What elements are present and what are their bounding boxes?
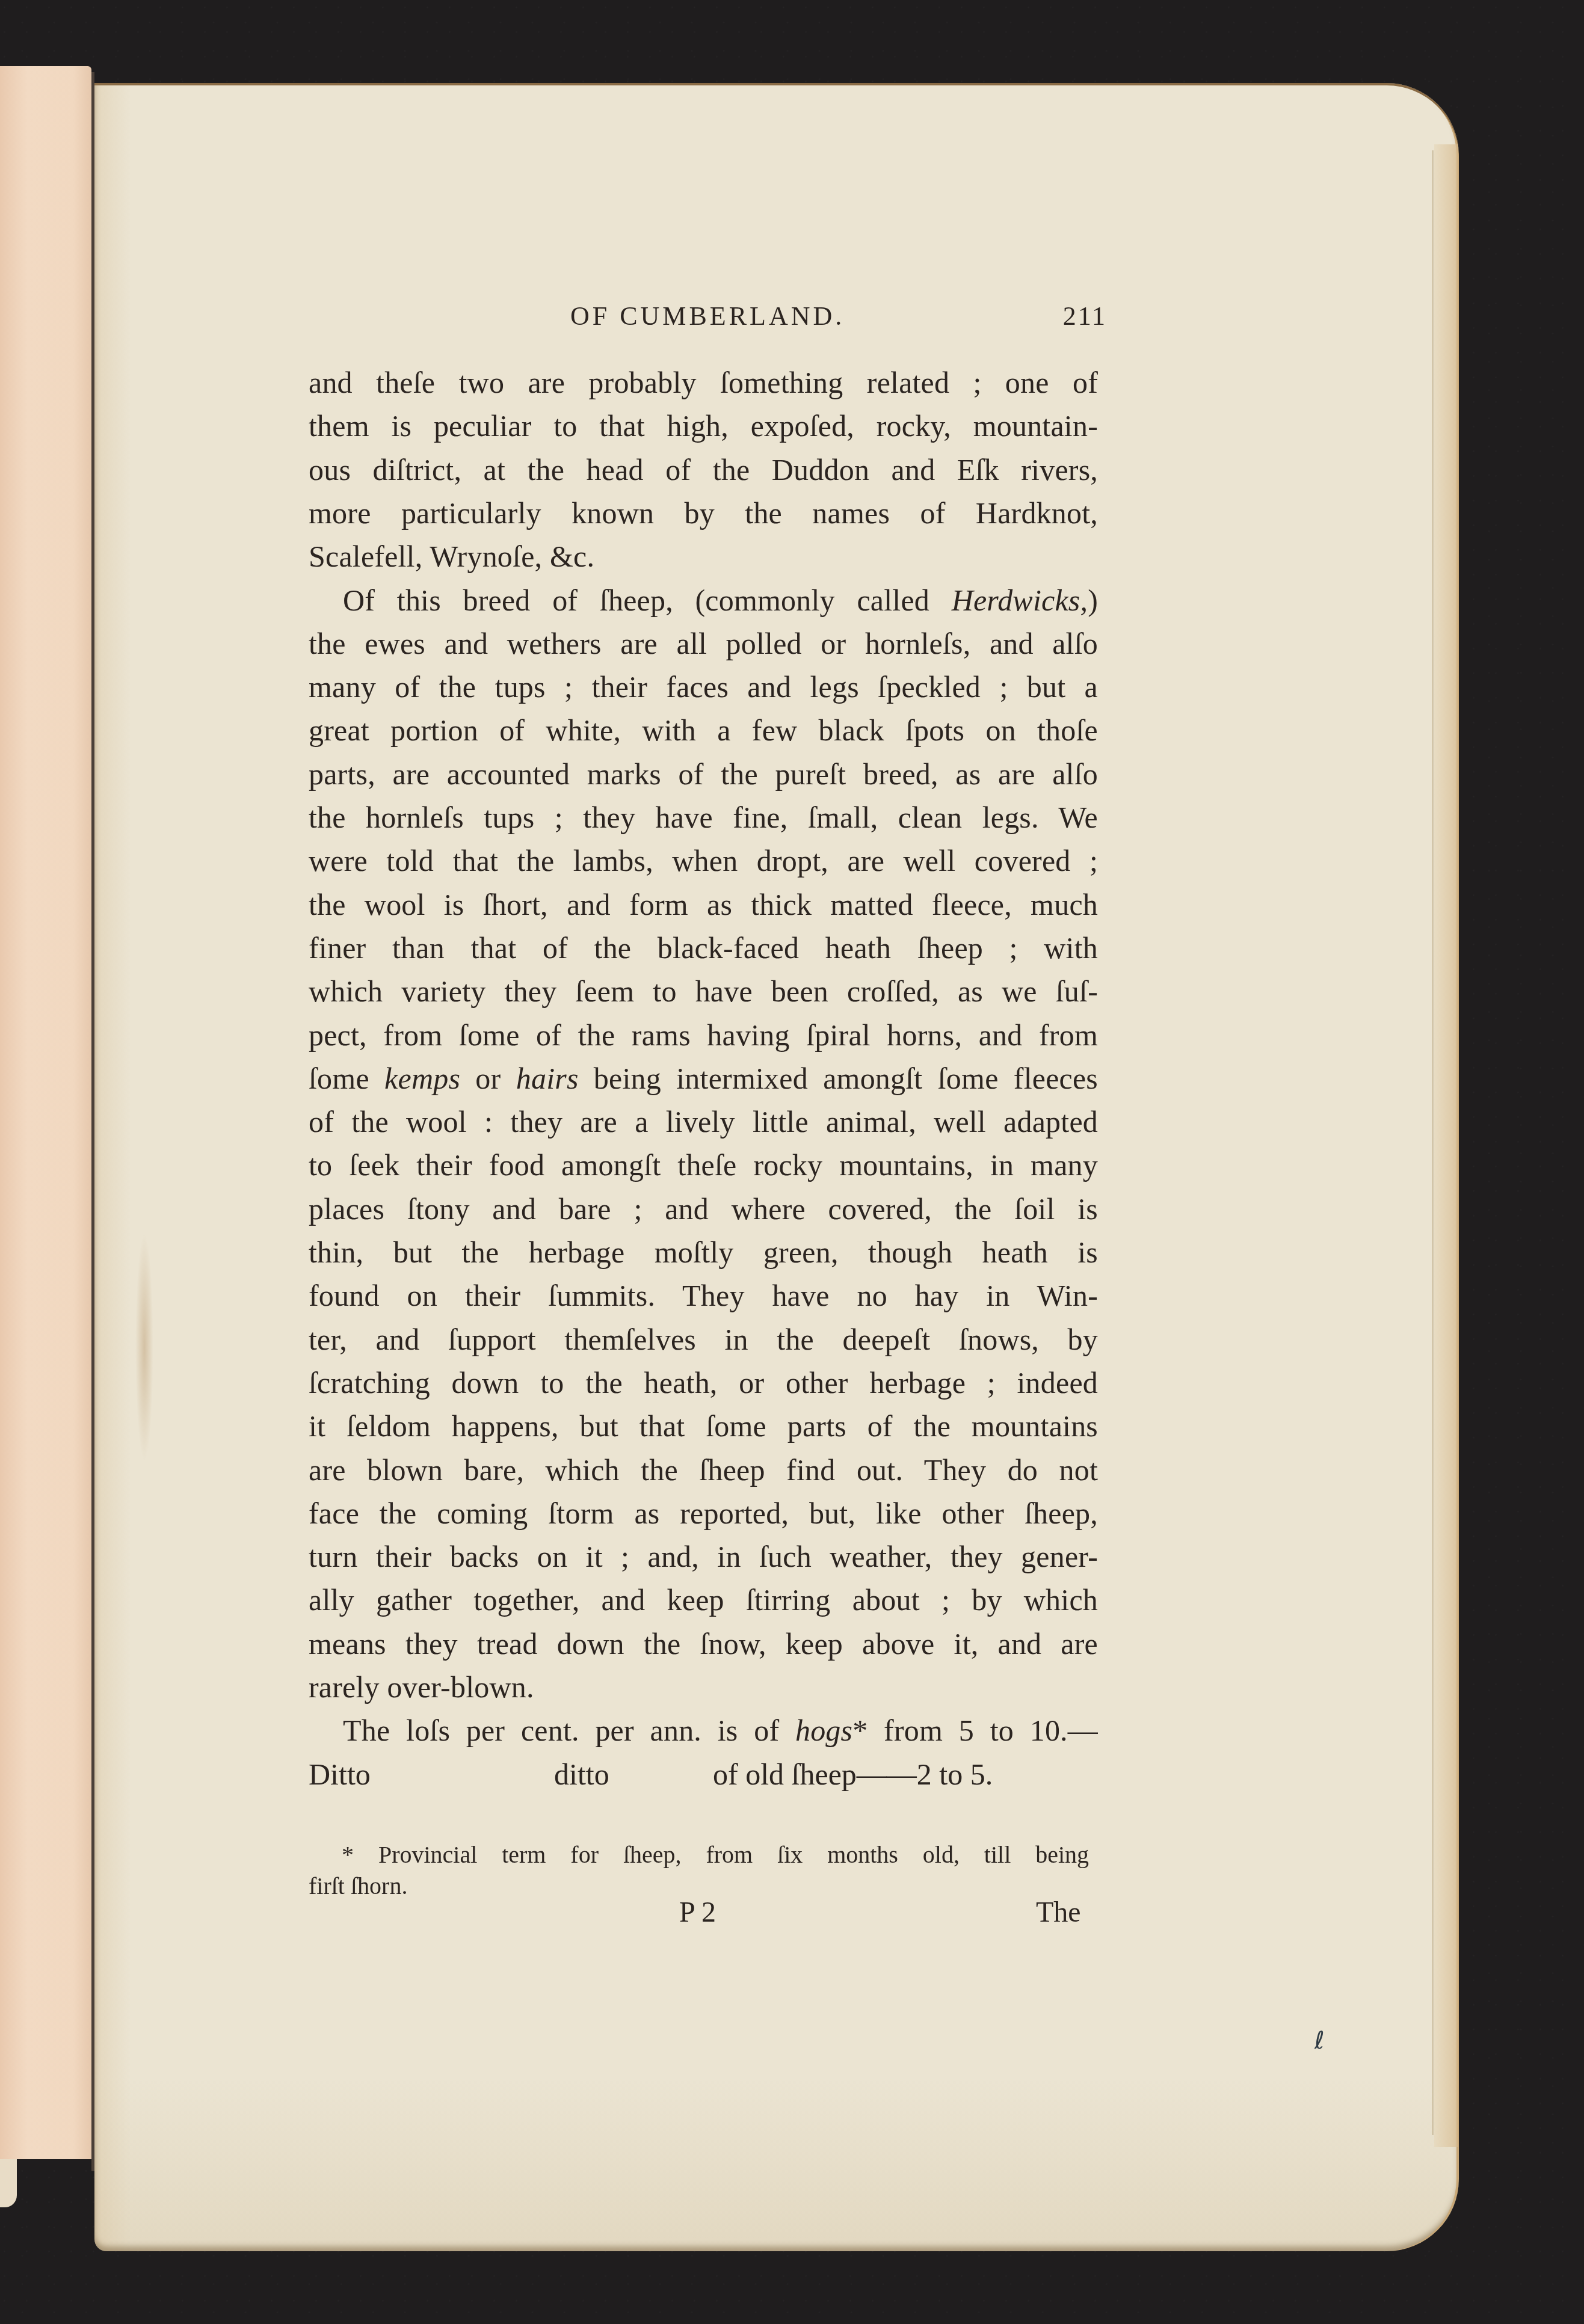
loss-table-row: Ditto ditto of old ſheep——2 to 5. bbox=[309, 1753, 1098, 1796]
text-line: means they tread down the ſnow, keep abo… bbox=[309, 1622, 1098, 1665]
text-line: the wool is ſhort, and form as thick mat… bbox=[309, 883, 1098, 926]
text-line: the hornleſs tups ; they have fine, ſmal… bbox=[309, 796, 1098, 839]
footnote-line-1: * Provincial term for ſheep, from ſix mo… bbox=[309, 1839, 1089, 1871]
text-line: Scalefell, Wrynoſe, &c. bbox=[309, 535, 1098, 578]
text-line: rarely over-blown. bbox=[309, 1665, 1098, 1709]
text-line: found on their ſummits. They have no hay… bbox=[309, 1274, 1098, 1317]
text-run: ſome bbox=[309, 1062, 384, 1095]
loss-col-ditto: Ditto bbox=[309, 1753, 371, 1796]
text-run: ) bbox=[1088, 583, 1098, 617]
page-fold-crease bbox=[1432, 150, 1434, 2135]
text-line: them is peculiar to that high, expoſed, … bbox=[309, 404, 1098, 447]
signature-mark: P 2 bbox=[679, 1891, 716, 1934]
text-line: which variety they ſeem to have been cro… bbox=[309, 970, 1098, 1013]
foxing-stain bbox=[135, 1233, 153, 1462]
text-run: The loſs per cent. per ann. is of bbox=[343, 1714, 795, 1747]
text-line: it ſeldom happens, but that ſome parts o… bbox=[309, 1404, 1098, 1448]
text-run: * from 5 to 10.— bbox=[852, 1714, 1098, 1747]
text-line: ſcratching down to the heath, or other h… bbox=[309, 1361, 1098, 1404]
text-line: The loſs per cent. per ann. is of hogs* … bbox=[309, 1709, 1098, 1752]
text-line: of the wool : they are a lively little a… bbox=[309, 1100, 1098, 1143]
text-run: Of this breed of ſheep, (commonly called bbox=[343, 583, 952, 617]
text-line: were told that the lambs, when dropt, ar… bbox=[309, 839, 1098, 882]
running-head-title: OF CUMBERLAND. bbox=[570, 295, 845, 338]
text-line: Of this breed of ſheep, (commonly called… bbox=[309, 579, 1098, 622]
text-line: face the coming ſtorm as reported, but, … bbox=[309, 1492, 1098, 1535]
facing-page-edge bbox=[0, 66, 91, 2159]
text-line: many of the tups ; their faces and legs … bbox=[309, 665, 1098, 709]
text-line: and theſe two are probably ſomething rel… bbox=[309, 361, 1098, 404]
text-line: ally gather together, and keep ſtirring … bbox=[309, 1578, 1098, 1622]
catchword: The bbox=[1036, 1891, 1081, 1934]
text-line: turn their backs on it ; and, in ſuch we… bbox=[309, 1535, 1098, 1578]
text-line: places ſtony and bare ; and where covere… bbox=[309, 1187, 1098, 1231]
text-line: ſome kemps or hairs being intermixed amo… bbox=[309, 1057, 1098, 1100]
text-line: are blown bare, which the ſheep find out… bbox=[309, 1448, 1098, 1492]
text-run: hogs bbox=[795, 1714, 852, 1747]
text-line: more particularly known by the names of … bbox=[309, 491, 1098, 535]
text-run: hairs bbox=[516, 1062, 579, 1095]
text-line: pect, from ſome of the rams having ſpira… bbox=[309, 1013, 1098, 1057]
page-outer-edge bbox=[1434, 144, 1458, 2147]
page-number: 211 bbox=[1063, 295, 1107, 338]
text-line: finer than that of the black-faced heath… bbox=[309, 926, 1098, 970]
text-run: Herdwicks, bbox=[952, 583, 1088, 617]
text-line: ter, and ſupport themſelves in the deepe… bbox=[309, 1318, 1098, 1361]
loss-col-old-sheep: of old ſheep——2 to 5. bbox=[713, 1753, 993, 1796]
text-line: to ſeek their food amongſt theſe rocky m… bbox=[309, 1143, 1098, 1187]
loss-col-ditto-2: ditto bbox=[554, 1753, 609, 1796]
text-run: being intermixed amongſt ſome fleeces bbox=[579, 1062, 1098, 1095]
facing-page-corner bbox=[0, 2159, 17, 2207]
text-line: ous diſtrict, at the head of the Duddon … bbox=[309, 448, 1098, 491]
text-line: great portion of white, with a few black… bbox=[309, 709, 1098, 752]
text-line: thin, but the herbage moſtly green, thou… bbox=[309, 1231, 1098, 1274]
ink-mark-icon: ℓ bbox=[1314, 2027, 1325, 2055]
text-run: or bbox=[460, 1062, 516, 1095]
running-head: OF CUMBERLAND. 211 bbox=[570, 295, 1107, 338]
text-line: parts, are accounted marks of the pureſt… bbox=[309, 752, 1098, 796]
text-line: the ewes and wethers are all polled or h… bbox=[309, 622, 1098, 665]
text-run: kemps bbox=[384, 1062, 460, 1095]
